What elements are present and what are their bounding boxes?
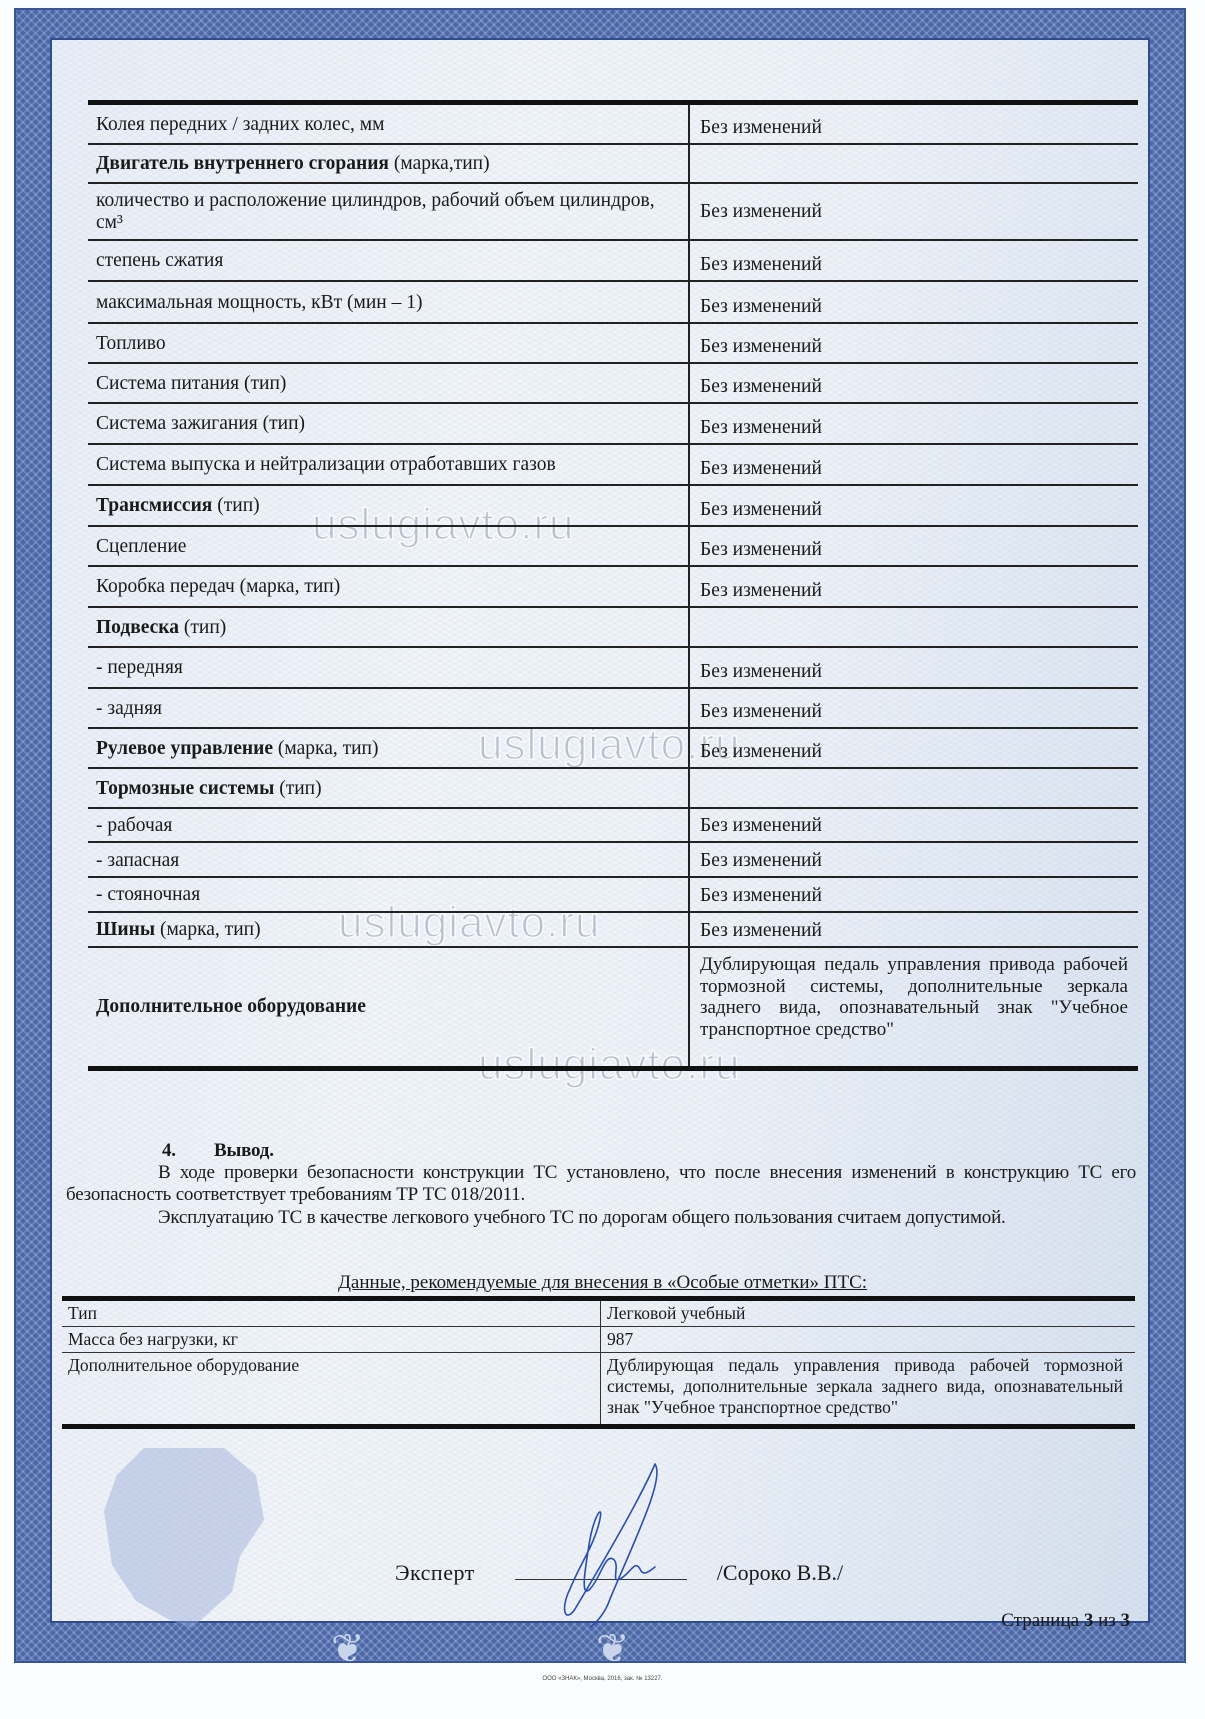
spec-value: Без изменений xyxy=(688,648,1138,687)
spec-value: Без изменений xyxy=(688,689,1138,727)
spec-parameter: - рабочая xyxy=(88,809,688,841)
spec-parameter: степень сжатия xyxy=(88,241,688,280)
spec-parameter: Тормозные системы (тип) xyxy=(88,769,688,807)
spec-parameter: Система питания (тип) xyxy=(88,364,688,402)
handwritten-signature-icon xyxy=(555,1459,665,1629)
spec-table-row: - передняяБез изменений xyxy=(88,646,1138,687)
recommendation-parameter: Масса без нагрузки, кг xyxy=(62,1327,600,1352)
conclusion-paragraph: В ходе проверки безопасности конструкции… xyxy=(66,1162,1136,1206)
spec-table-row: - стояночнаяБез изменений xyxy=(88,876,1138,910)
signature-line xyxy=(515,1579,687,1580)
spec-value: Без изменений xyxy=(688,105,1138,143)
spec-parameter: Система выпуска и нейтрализации отработа… xyxy=(88,445,688,484)
conclusion-paragraph: Эксплуатацию ТС в качестве легкового уче… xyxy=(66,1207,1136,1229)
expert-name: /Сороко В.В./ xyxy=(717,1560,843,1586)
spec-value: Без изменений xyxy=(688,404,1138,443)
spec-value: Без изменений xyxy=(688,445,1138,484)
spec-value: Без изменений xyxy=(688,878,1138,910)
recommendation-value: 987 xyxy=(600,1327,1135,1352)
spec-table-row: Система питания (тип)Без изменений xyxy=(88,362,1138,402)
spec-table-row: степень сжатияБез изменений xyxy=(88,239,1138,280)
scroll-ornament-icon: ❦ xyxy=(331,1629,365,1669)
spec-table-row: максимальная мощность, кВт (мин – 1)Без … xyxy=(88,280,1138,322)
spec-parameter: Топливо xyxy=(88,324,688,362)
page-current: 3 xyxy=(1084,1610,1094,1631)
spec-table-row: Трансмиссия (тип)Без изменений xyxy=(88,484,1138,525)
spec-parameter: - задняя xyxy=(88,689,688,727)
spec-parameter: Шины (марка, тип) xyxy=(88,913,688,946)
spec-table-row: Коробка передач (марка, тип)Без изменени… xyxy=(88,565,1138,606)
spec-parameter: - стояночная xyxy=(88,878,688,910)
section-number: 4. xyxy=(162,1140,214,1162)
recommendations-table: ТипЛегковой учебныйМасса без нагрузки, к… xyxy=(62,1296,1135,1429)
recommendation-value: Дублирующая педаль управления привода ра… xyxy=(600,1353,1135,1424)
spec-parameter: Рулевое управление (марка, тип) xyxy=(88,729,688,767)
spec-parameter: Система зажигания (тип) xyxy=(88,404,688,443)
spec-value: Без изменений xyxy=(688,486,1138,525)
signature-block: Эксперт /Сороко В.В./ xyxy=(395,1560,843,1586)
page-number: Страница 3 из 3 xyxy=(1001,1610,1130,1632)
spec-table-row: Система зажигания (тип)Без изменений xyxy=(88,402,1138,443)
spec-value: Без изменений xyxy=(688,184,1138,239)
spec-table-row: СцеплениеБез изменений xyxy=(88,525,1138,565)
spec-table-row: ТопливоБез изменений xyxy=(88,322,1138,362)
spec-parameter: максимальная мощность, кВт (мин – 1) xyxy=(88,282,688,322)
spec-value: Без изменений xyxy=(688,843,1138,876)
spec-table-row: Колея передних / задних колес, ммБез изм… xyxy=(88,105,1138,143)
conclusion-section: 4.Вывод. В ходе проверки безопасности ко… xyxy=(66,1140,1136,1229)
recommendation-row: ТипЛегковой учебный xyxy=(62,1301,1135,1326)
spec-value: Без изменений xyxy=(688,241,1138,280)
spec-parameter: - передняя xyxy=(88,648,688,687)
spec-table-row: Шины (марка, тип)Без изменений xyxy=(88,911,1138,946)
spec-value: Без изменений xyxy=(688,282,1138,322)
spec-parameter: Сцепление xyxy=(88,527,688,565)
recommendation-row: Масса без нагрузки, кг987 xyxy=(62,1326,1135,1352)
conclusion-heading: 4.Вывод. xyxy=(66,1140,1136,1162)
spec-table-row: - задняяБез изменений xyxy=(88,687,1138,727)
spec-parameter: Двигатель внутреннего сгорания (марка,ти… xyxy=(88,145,688,182)
vehicle-spec-table: Колея передних / задних колес, ммБез изм… xyxy=(88,100,1138,1071)
section-title: Вывод. xyxy=(214,1140,274,1161)
spec-parameter: количество и расположение цилиндров, раб… xyxy=(88,184,688,239)
spec-table-row: Система выпуска и нейтрализации отработа… xyxy=(88,443,1138,484)
spec-value: Без изменений xyxy=(688,567,1138,606)
spec-parameter: Колея передних / задних колес, мм xyxy=(88,105,688,143)
spec-table-row: количество и расположение цилиндров, раб… xyxy=(88,182,1138,239)
recommendation-value: Легковой учебный xyxy=(600,1301,1135,1326)
spec-value: Без изменений xyxy=(688,729,1138,767)
spec-table-row: Подвеска (тип) xyxy=(88,606,1138,646)
spec-value xyxy=(688,769,1138,807)
page-label: Страница xyxy=(1001,1610,1079,1631)
signature-role: Эксперт xyxy=(395,1560,475,1586)
spec-value: Без изменений xyxy=(688,527,1138,565)
spec-table-row: Дополнительное оборудованиеДублирующая п… xyxy=(88,946,1138,1066)
spec-table-row: - рабочаяБез изменений xyxy=(88,807,1138,841)
spec-parameter: Коробка передач (марка, тип) xyxy=(88,567,688,606)
scroll-ornament-icon: ❦ xyxy=(596,1629,630,1669)
recommendation-parameter: Дополнительное оборудование xyxy=(62,1353,600,1424)
spec-value: Без изменений xyxy=(688,809,1138,841)
spec-value: Дублирующая педаль управления привода ра… xyxy=(688,948,1138,1066)
page-separator: из xyxy=(1098,1610,1116,1631)
spec-value: Без изменений xyxy=(688,913,1138,946)
recommendations-title: Данные, рекомендуемые для внесения в «Ос… xyxy=(0,1272,1205,1294)
page-total: 3 xyxy=(1121,1610,1131,1631)
spec-parameter: Трансмиссия (тип) xyxy=(88,486,688,525)
spec-value xyxy=(688,608,1138,646)
spec-value: Без изменений xyxy=(688,324,1138,362)
spec-parameter: - запасная xyxy=(88,843,688,876)
spec-table-row: - запаснаяБез изменений xyxy=(88,841,1138,876)
spec-parameter: Дополнительное оборудование xyxy=(88,948,688,1066)
printer-imprint: ООО «ЗНАК», Москва, 2016, зак. № 13227. xyxy=(0,1676,1205,1682)
spec-value xyxy=(688,145,1138,182)
spec-table-row: Двигатель внутреннего сгорания (марка,ти… xyxy=(88,143,1138,182)
recommendation-parameter: Тип xyxy=(62,1301,600,1326)
recommendation-row: Дополнительное оборудованиеДублирующая п… xyxy=(62,1352,1135,1424)
spec-parameter: Подвеска (тип) xyxy=(88,608,688,646)
spec-table-row: Рулевое управление (марка, тип)Без измен… xyxy=(88,727,1138,767)
spec-table-row: Тормозные системы (тип) xyxy=(88,767,1138,807)
spec-value: Без изменений xyxy=(688,364,1138,402)
